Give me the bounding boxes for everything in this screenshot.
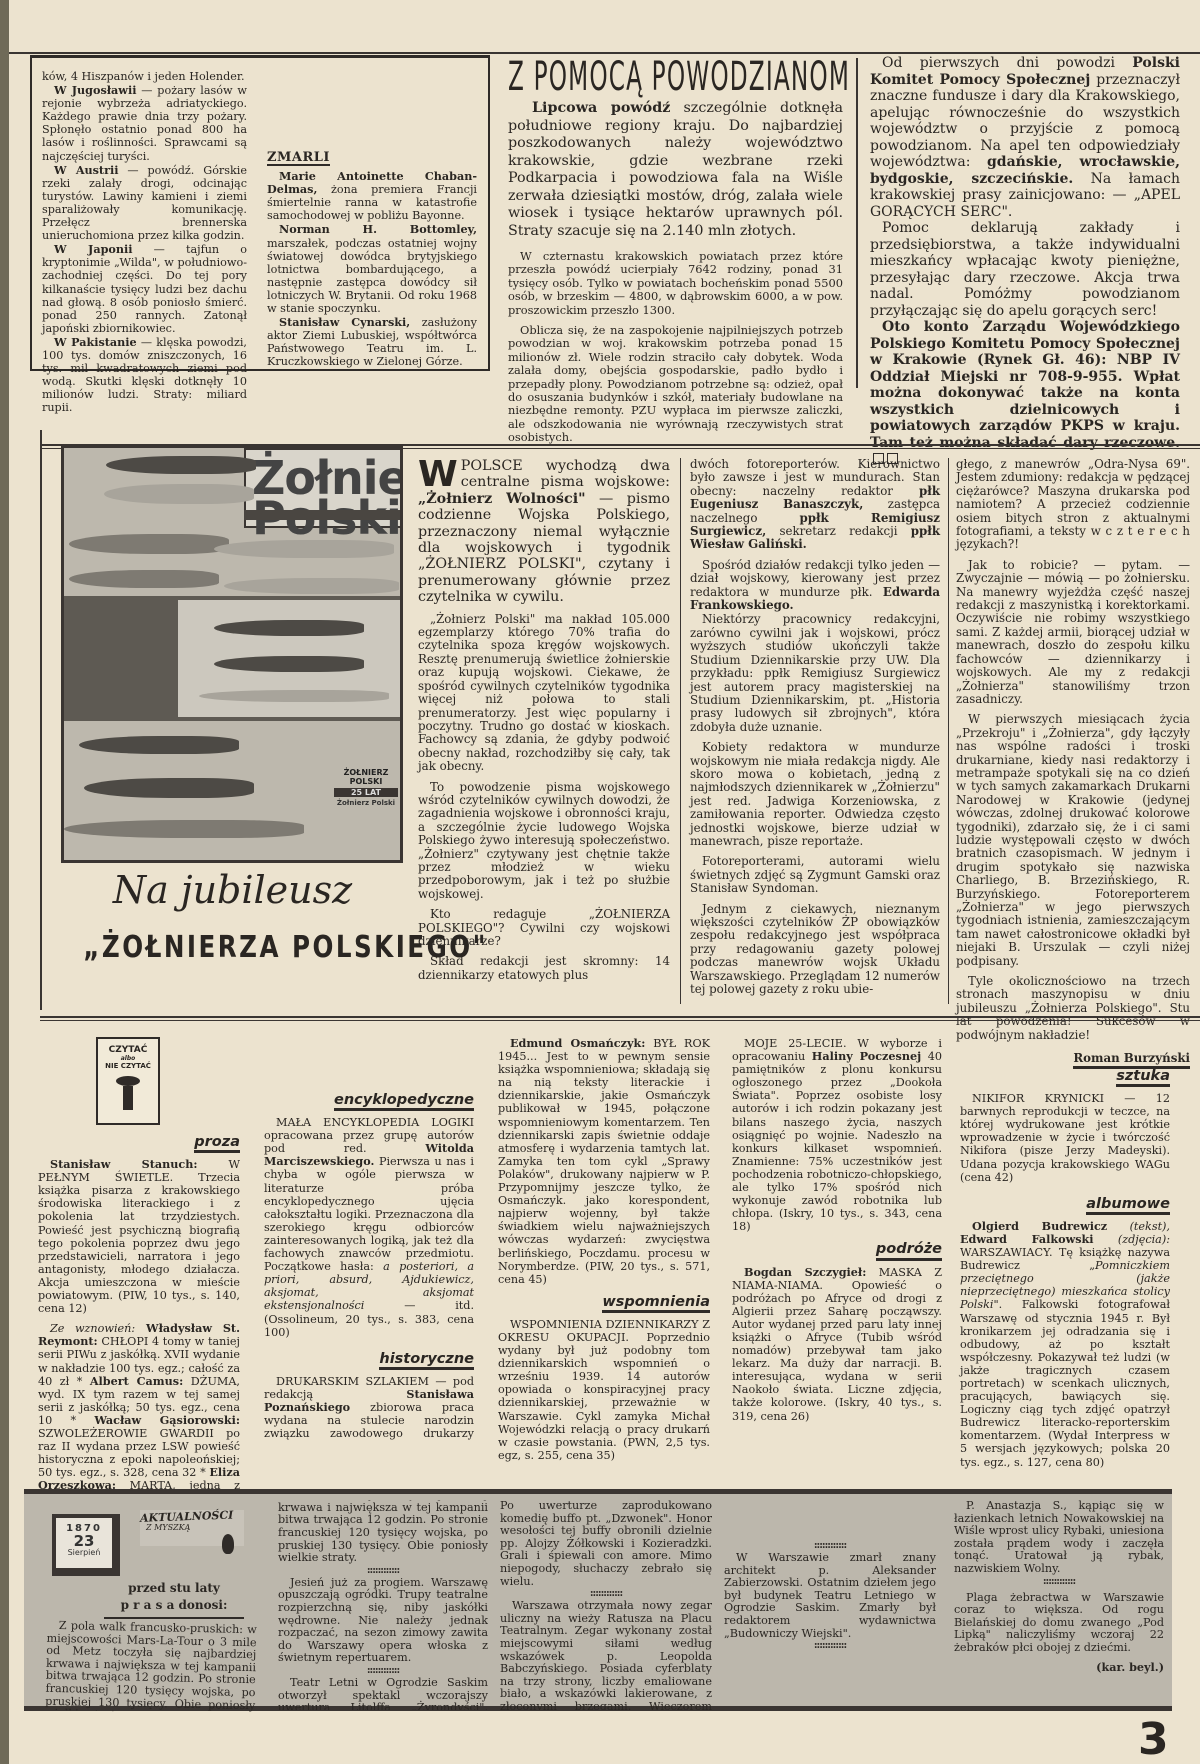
jubilee-c1-p3: To powodzenie pisma wojskowego wśród czy… bbox=[418, 781, 670, 902]
press-column-2: Z pola walk francusko-pruskich: w miejsc… bbox=[278, 1500, 488, 1710]
press-item-6: P. Anastazja S., kąpiąc się w łazienkach… bbox=[954, 1500, 1164, 1576]
middle-bottom-rule-thin bbox=[40, 1020, 1200, 1021]
plane-illustration bbox=[224, 578, 399, 594]
jubilee-c2-p1e: sekretarz redakcji bbox=[766, 524, 911, 538]
jubilee-frame-left bbox=[40, 430, 42, 1010]
jubilee-column-2: dwóch fotoreporterów. Kierownictwo było … bbox=[690, 458, 940, 997]
jubilee-c3-p3: W pierwszych miesiącach życia „Przekroju… bbox=[956, 713, 1190, 968]
plane-illustration bbox=[84, 778, 254, 798]
lamp-stand-icon bbox=[123, 1086, 133, 1110]
logo-line-1: CZYTAĆ bbox=[98, 1045, 158, 1055]
press-column-3: Po uwerturze zaprodukowano komedię buffo… bbox=[500, 1500, 712, 1710]
drop-cap: W bbox=[418, 460, 458, 490]
press-intro-line-1: przed stu laty bbox=[104, 1580, 244, 1597]
historical-press-box: 1870 23 Sierpień AKTUALNOŚCI Z MYSZKĄ pr… bbox=[24, 1489, 1172, 1711]
plane-illustration bbox=[69, 570, 219, 588]
press-intro-line-2: p r a s a donosi: bbox=[104, 1597, 244, 1614]
plane-illustration bbox=[104, 484, 254, 504]
book-author: Stanisław Stanuch: bbox=[50, 1157, 198, 1171]
brand-subtitle: Z MYSZKĄ bbox=[146, 1523, 244, 1532]
flood-p2: W czternastu krakowskich powiatach przez… bbox=[508, 250, 843, 317]
press-column-4: :::::::::::: W Warszawie zmarł znany arc… bbox=[724, 1500, 936, 1710]
books-column-3: Edmund Osmańczyk: BYŁ ROK 1945... Jest t… bbox=[498, 1030, 710, 1463]
jubilee-intro-a: POLSCE wychodzą dwa centralne pisma wojs… bbox=[461, 458, 670, 490]
section-sztuka: sztuka bbox=[1116, 1070, 1170, 1087]
book-review-text: 40 pamiętników z plonu konkursu ogłoszon… bbox=[732, 1050, 942, 1233]
page-number: 3 bbox=[1138, 1714, 1169, 1764]
flood-lead-bold: Lipcowa powódź bbox=[532, 100, 670, 116]
country-pakistan: W Pakistanie bbox=[54, 335, 137, 349]
date-day: 23 bbox=[56, 1534, 112, 1548]
obituary-heading: ZMARLI bbox=[267, 151, 330, 166]
country-jugoslawia: W Jugosławii bbox=[54, 83, 136, 97]
press-intro: przed stu laty p r a s a donosi: bbox=[104, 1580, 244, 1619]
jubilee-column-3: głego, z manewrów „Odra-Nysa 69". Jestem… bbox=[956, 458, 1190, 1065]
jubilee-c2-p3: Niektórzy pracownicy redakcyjni, zarówno… bbox=[690, 613, 940, 734]
plane-illustration bbox=[106, 456, 256, 474]
world-news-column-1: ków, 4 Hiszpanów i jeden Holender. W Jug… bbox=[42, 70, 247, 415]
book-author: Bogdan Szczygieł: bbox=[744, 1265, 866, 1279]
jubilee-divider-2 bbox=[948, 458, 949, 1004]
jubilee-c2-p4: Kobiety redaktora w mundurze wojskowym n… bbox=[690, 741, 940, 848]
jubilee-c3-p1: głego, z manewrów „Odra-Nysa 69". Jestem… bbox=[956, 458, 1190, 552]
books-column-5: sztuka NIKIFOR KRYNICKI — 12 barwnych re… bbox=[960, 1030, 1170, 1470]
jubilee-c2-p6: Jednym z ciekawych, nieznanym większości… bbox=[690, 903, 940, 997]
country-japonia: W Japonii bbox=[54, 242, 133, 256]
badge-logo: Żołnierz Polski bbox=[334, 799, 398, 807]
book-review-text: NIKIFOR KRYNICKI — 12 barwnych reprodukc… bbox=[960, 1092, 1170, 1184]
magazine-cover-image: Żołnierz Polski TYGODNIK ŻOŁNIERZ POLSKI… bbox=[61, 445, 403, 863]
book-review-text: W PEŁNYM ŚWIETLE. Trzecia książka pisarz… bbox=[38, 1158, 240, 1315]
section-podroze: podróże bbox=[876, 1243, 942, 1260]
jubilee-display-title: „ŻOŁNIERZA POLSKIEGO" bbox=[83, 930, 386, 965]
photo-inset-dark bbox=[64, 596, 174, 721]
plane-illustration bbox=[64, 820, 304, 838]
book-review-text: WSPOMNIENIA DZIENNIKARZY Z OKRESU OKUPAC… bbox=[498, 1318, 710, 1462]
flood-p3: Oblicza się, że na zaspokojenie najpilni… bbox=[508, 324, 843, 445]
plane-illustration bbox=[79, 736, 239, 754]
lamp-icon bbox=[116, 1076, 140, 1086]
book-author: Albert Camus: bbox=[90, 1374, 183, 1388]
mouse-icon bbox=[222, 1534, 234, 1554]
books-column-1: proza Stanisław Stanuch: W PEŁNYM ŚWIETL… bbox=[38, 1126, 240, 1546]
book-author: Edmund Osmańczyk: bbox=[510, 1036, 645, 1050]
plane-illustration bbox=[214, 540, 394, 558]
obituary-name-2: Norman H. Bottomley, bbox=[279, 222, 477, 236]
badge-title: ŻOŁNIERZ POLSKI bbox=[334, 768, 398, 786]
jubilee-c1-p2: „Żołnierz Polski" ma nakład 105.000 egze… bbox=[418, 613, 670, 774]
book-author: Olgierd Budrewicz bbox=[972, 1219, 1107, 1233]
jubilee-c1-p5: Skład redakcji jest skromny: 14 dziennik… bbox=[418, 955, 670, 982]
book-review-text: Pierwsza u nas i chyba w ogóle pierwsza … bbox=[264, 1155, 474, 1273]
book-review-text: ". Falkowski fotografował Warszawę od st… bbox=[960, 1298, 1170, 1468]
book-author: Haliny Poczesnej bbox=[812, 1049, 921, 1063]
flood-lead: Lipcowa powódź szczególnie dotknęła połu… bbox=[508, 100, 843, 240]
press-column-1: Z pola walk francusko-pruskich: w miejsc… bbox=[45, 1620, 257, 1714]
jubilee-c3-p2: Jak to robicie? — pytam. — Zwyczajnie — … bbox=[956, 559, 1190, 706]
middle-bottom-rule bbox=[40, 1016, 1200, 1018]
role-label: (tekst), bbox=[1107, 1220, 1170, 1233]
press-item-5: W Warszawie zmarł znany architekt p. Ale… bbox=[724, 1552, 936, 1640]
badge-years: 25 LAT bbox=[334, 788, 398, 797]
book-review-text: BYŁ ROK 1945... Jest to w pewnym sensie … bbox=[498, 1037, 710, 1286]
bank-account-info: Oto konto Zarządu Wojewódzkiego Polskieg… bbox=[870, 319, 1180, 451]
date-month: Sierpień bbox=[56, 1548, 112, 1557]
flood-lead-text: szczególnie dotknęła południowe regiony … bbox=[508, 100, 843, 239]
book-review-text: MASKA Z NIAMA-NIAMA. Opowieść o podróżac… bbox=[732, 1266, 942, 1423]
flood-r2: Pomoc deklarują zakłady i przedsiębiorst… bbox=[870, 220, 1180, 319]
press-item-1: Z pola walk francusko-pruskich: w miejsc… bbox=[45, 1620, 257, 1714]
book-author: Edward Falkowski bbox=[960, 1232, 1094, 1246]
books-column-2: encyklopedyczne MAŁA ENCYKLOPEDIA LOGIKI… bbox=[264, 1030, 474, 1440]
separator: :::::::::::: bbox=[954, 1576, 1164, 1588]
flood-body: W czternastu krakowskich powiatach przez… bbox=[508, 250, 843, 445]
jubilee-c2-p5: Fotoreporterami, autorami wielu świetnyc… bbox=[690, 855, 940, 895]
flood-article: Z POMOCĄ POWODZIANOM Lipcowa powódź szcz… bbox=[508, 52, 843, 446]
press-signature: (kar. beyl.) bbox=[954, 1661, 1164, 1674]
logo-line-3: NIE CZYTAĆ bbox=[98, 1062, 158, 1070]
press-item-2: Jesień już za progiem. Warszawę opuszcza… bbox=[278, 1577, 488, 1665]
flood-r1a: Od pierwszych dni powodzi bbox=[882, 55, 1132, 71]
books-column-4: MOJE 25-LECIE. W wyborze i opracowaniu H… bbox=[732, 1030, 942, 1424]
press-item-3-continued: Po uwerturze zaprodukowano komedię buffo… bbox=[500, 1500, 712, 1588]
section-albumowe: albumowe bbox=[1086, 1198, 1170, 1215]
jubilee-divider-1 bbox=[680, 458, 681, 1004]
press-item-7: Plaga żebractwa w Warszawie coraz to wię… bbox=[954, 1592, 1164, 1655]
plane-illustration bbox=[214, 656, 364, 672]
section-proza: proza bbox=[194, 1136, 240, 1153]
separator: :::::::::::: bbox=[278, 1565, 488, 1577]
zolnierz-wolnosci-title: „Żołnierz Wolności" bbox=[418, 491, 586, 507]
jubilee-script-title: Na jubileusz bbox=[60, 868, 405, 912]
jubilee-c1-p4: Kto redaguje „ŻOŁNIERZA POLSKIEGO"? Cywi… bbox=[418, 908, 670, 948]
flood-column-divider bbox=[856, 58, 858, 388]
flood-headline: Z POMOCĄ POWODZIANOM bbox=[508, 54, 702, 100]
flood-right-column: Od pierwszych dni powodzi Polski Komitet… bbox=[870, 55, 1180, 468]
world-news-column-2: ZMARLI Marie Antoinette Chaban-Delmas, ż… bbox=[267, 70, 477, 370]
world-news-box: ków, 4 Hiszpanów i jeden Holender. W Jug… bbox=[30, 55, 490, 371]
plane-illustration bbox=[199, 690, 389, 702]
jubilee-intro-c: — pismo codzienne Wojska Polskiego, prze… bbox=[418, 491, 670, 605]
press-column-5: P. Anastazja S., kąpiąc się w łazienkach… bbox=[954, 1500, 1164, 1673]
reissues-label: Ze wznowień: bbox=[50, 1322, 135, 1335]
anniversary-badge: ŻOŁNIERZ POLSKI 25 LAT Żołnierz Polski bbox=[334, 768, 398, 807]
world-news-p3: — tajfun o kryptonimie „Wilda", w połudn… bbox=[42, 243, 247, 335]
section-historyczne: historyczne bbox=[379, 1353, 474, 1370]
date-box: 1870 23 Sierpień bbox=[52, 1514, 120, 1576]
masthead-bar bbox=[244, 510, 403, 520]
press-item-3: Teatr Letni w Ogrodzie Saskim otworzył s… bbox=[278, 1677, 488, 1710]
czytac-albo-nie-czytac-logo: CZYTAĆ albo NIE CZYTAĆ bbox=[96, 1037, 160, 1125]
world-news-p0: ków, 4 Hiszpanów i jeden Holender. bbox=[42, 70, 247, 83]
role-label: (zdjęcia): bbox=[1094, 1233, 1170, 1246]
section-wspomnienia: wspomnienia bbox=[602, 1296, 710, 1313]
page-spine bbox=[0, 0, 9, 1764]
separator: :::::::::::: bbox=[724, 1640, 936, 1652]
section-encyklopedyczne: encyklopedyczne bbox=[334, 1094, 474, 1111]
book-author: Wacław Gąsiorowski: bbox=[94, 1413, 240, 1427]
plane-illustration bbox=[69, 534, 229, 554]
jubilee-c2-p1a: dwóch fotoreporterów. Kierownictwo było … bbox=[690, 457, 940, 498]
obituary-name-3: Stanisław Cynarski, bbox=[279, 315, 410, 329]
jubilee-column-1: W POLSCE wychodzą dwa centralne pisma wo… bbox=[418, 458, 670, 983]
plane-illustration bbox=[214, 620, 364, 636]
press-item-4: Warszawa otrzymała nowy zegar uliczny na… bbox=[500, 1600, 712, 1710]
logo-line-2: albo bbox=[98, 1055, 158, 1062]
obituary-text-2: marszałek, podczas ostatniej wojny świat… bbox=[267, 237, 477, 315]
press-item-1-continued: Z pola walk francusko-pruskich: w miejsc… bbox=[278, 1500, 488, 1565]
country-austria: W Austrii bbox=[54, 163, 119, 177]
